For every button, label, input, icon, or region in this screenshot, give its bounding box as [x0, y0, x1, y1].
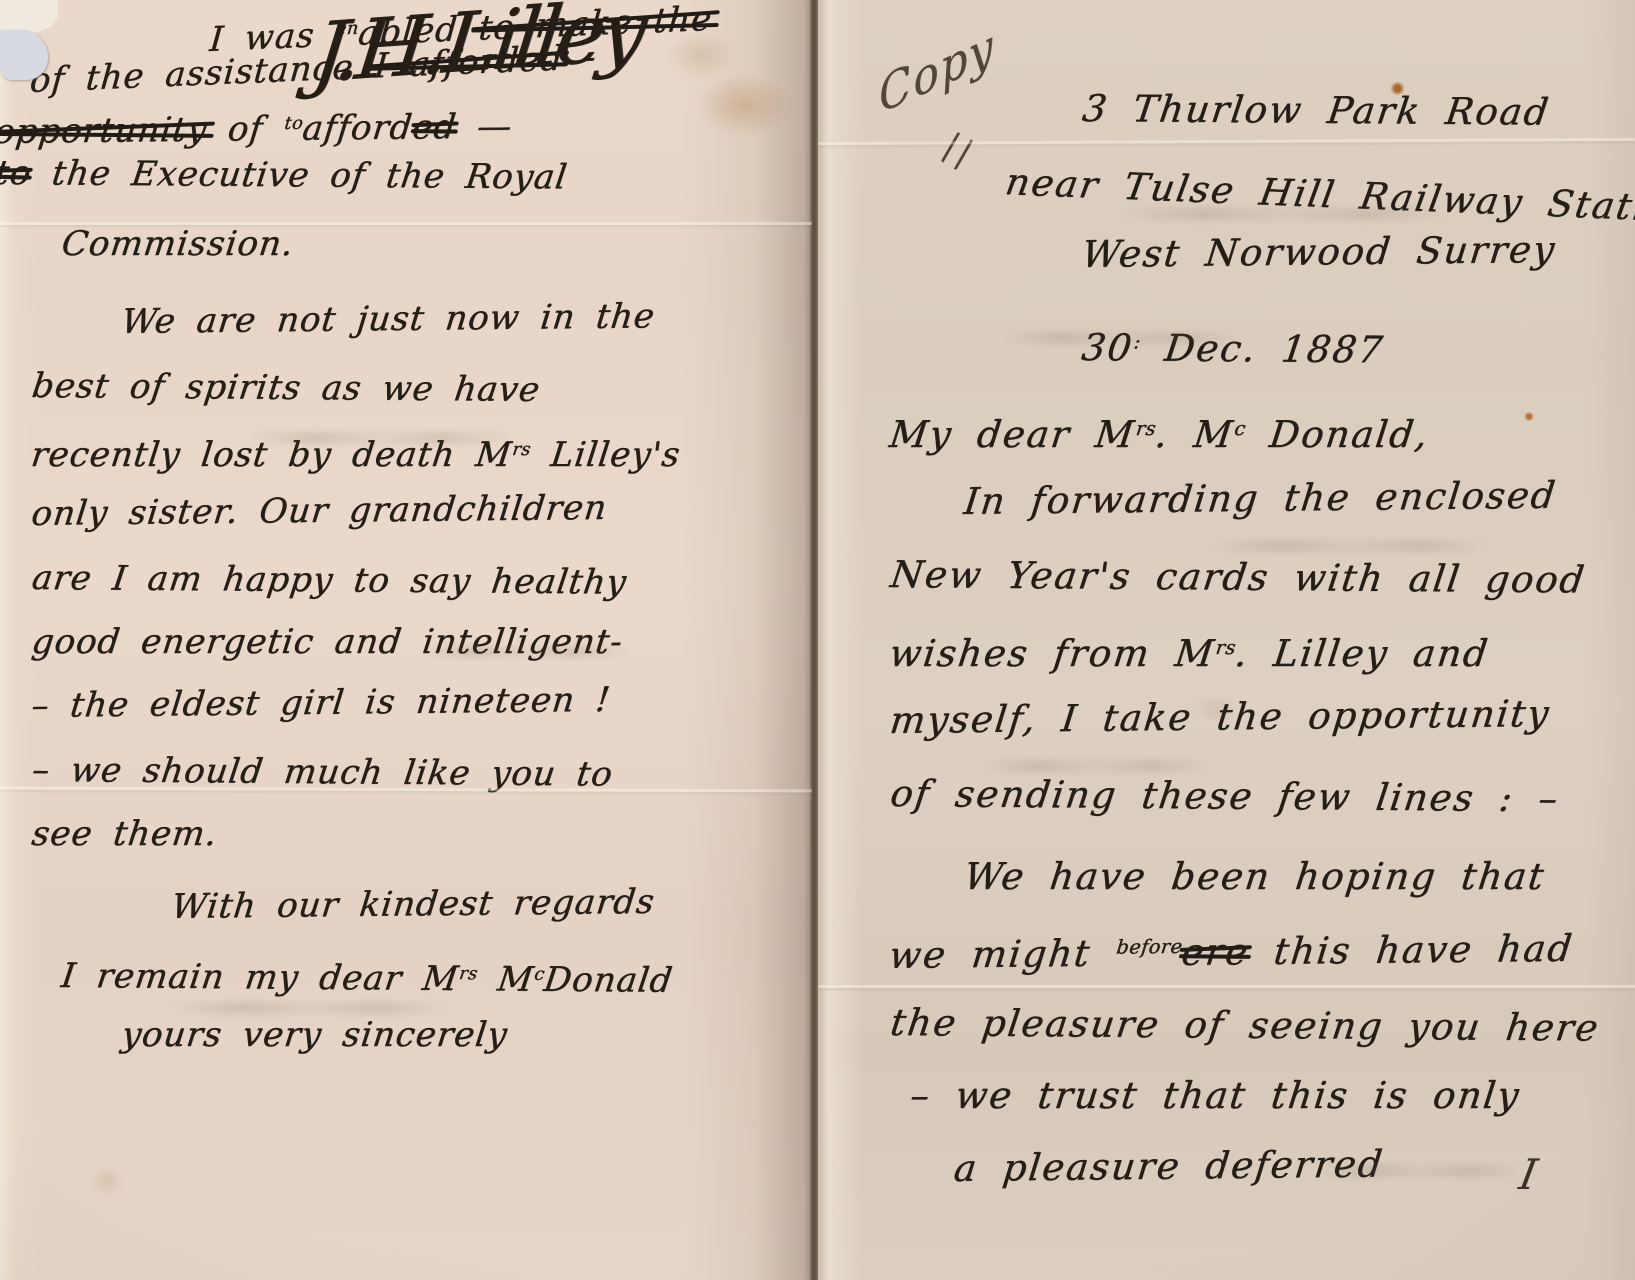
text-segment: My dear M — [887, 413, 1138, 456]
text-segment: are I am happy to say healthy — [30, 558, 630, 603]
inserted-superscript-text: rs — [458, 964, 479, 984]
handwritten-line: to the Executive of the Royal — [0, 152, 818, 204]
text-segment: recently lost by death M — [29, 435, 514, 475]
text-segment: the pleasure of seeing you here — [888, 1001, 1602, 1050]
text-segment: of sending these few lines : – — [888, 772, 1562, 820]
text-segment: New Year's cards with all good — [888, 553, 1588, 601]
handwritten-line: good energetic and intelligent- — [28, 610, 820, 674]
text-segment: West Norwood Surrey — [1080, 228, 1559, 276]
text-segment: good energetic and intelligent- — [29, 622, 625, 662]
handwritten-line: We have been hoping that — [960, 840, 1635, 913]
handwritten-line: – we trust that this is only — [906, 1059, 1635, 1132]
left-page-text-block: I was enabled to make theof the assistan… — [0, 0, 812, 1067]
handwritten-line: Commission. — [58, 212, 820, 276]
inserted-superscript-text: rs — [1135, 417, 1158, 440]
handwritten-line: I remain my dear Mrs McDonald — [58, 939, 820, 1009]
text-segment: — — [454, 106, 514, 147]
right-page-text-block: 3 Thurlow Park Roadnear Tulse Hill Railw… — [818, 0, 1635, 1205]
text-segment: We are not just now in the — [119, 296, 657, 342]
text-segment: Lilley's — [528, 435, 683, 475]
handwritten-line: the pleasure of seeing you here — [886, 986, 1635, 1065]
text-segment: – we trust that this is only — [908, 1074, 1523, 1117]
handwritten-line: only sister. Our grandchildren — [28, 474, 819, 546]
handwritten-line: we might beforeere this have had — [886, 905, 1635, 986]
handwritten-line: New Year's cards with all good — [886, 538, 1635, 617]
handwritten-line: see them. — [28, 802, 820, 866]
handwritten-line: – we should much like you to — [28, 738, 820, 808]
text-segment: 30 — [1079, 326, 1136, 369]
handwritten-line: are I am happy to say healthy — [28, 546, 820, 616]
text-segment: Donald, — [1242, 413, 1431, 456]
text-segment: Donald — [541, 960, 675, 1001]
text-segment: best of spirits as we have — [30, 366, 543, 410]
text-segment: afford — [300, 108, 414, 149]
text-segment: this have had — [1247, 927, 1576, 973]
text-segment: With our kindest regards — [169, 882, 657, 927]
struck-text: opportunity — [0, 110, 209, 152]
handwritten-line: myself, I take the opportunity — [886, 676, 1635, 757]
text-segment: Dec. 1887 — [1137, 326, 1386, 371]
text-segment: yours very sincerely — [119, 1015, 509, 1055]
text-segment: 3 Thurlow Park Road — [1080, 87, 1553, 134]
handwritten-line: opportunity of toafforded — — [0, 97, 817, 152]
handwritten-line: In forwarding the enclosed — [960, 458, 1635, 538]
text-segment: the Executive of the Royal — [29, 153, 570, 197]
text-segment: – we should much like you to — [30, 750, 616, 795]
text-segment: see them. — [29, 814, 219, 854]
handwritten-line: West Norwood Surrey — [1078, 212, 1635, 291]
handwritten-line: 30: Dec. 1887 — [1078, 305, 1635, 382]
text-segment: myself, I take the opportunity — [888, 692, 1553, 742]
text-segment: In forwarding the enclosed — [962, 474, 1559, 523]
handwritten-line: With our kindest regards — [168, 868, 819, 939]
handwritten-line: of sending these few lines : – — [886, 757, 1635, 836]
handwritten-line: wishes from Mrs. Lilley and — [886, 611, 1635, 684]
text-segment: only sister. Our grandchildren — [29, 488, 609, 534]
inserted-superscript-text: before — [1115, 935, 1184, 959]
handwritten-line: My dear Mrs. Mc Donald, — [886, 392, 1635, 465]
inserted-superscript-text: rs — [511, 440, 532, 460]
handwritten-line: best of spirits as we have — [28, 354, 820, 424]
text-segment: I remain my dear M — [59, 956, 461, 999]
text-segment: wishes from M — [887, 632, 1218, 675]
letter-page-left: I was enabled to make theof the assistan… — [0, 0, 812, 1280]
letter-page-right: Copy 3 Thurlow Park Roadnear Tulse Hill … — [818, 0, 1635, 1280]
text-segment: M — [474, 959, 536, 999]
handwritten-line: – the eldest girl is nineteen ! — [28, 666, 819, 738]
text-segment: – the eldest girl is nineteen ! — [29, 680, 612, 726]
letter-photograph: I was enabled to make theof the assistan… — [0, 0, 1635, 1280]
handwritten-line: recently lost by death Mrs Lilley's — [28, 418, 820, 482]
text-segment: . Lilley and — [1233, 632, 1492, 675]
handwritten-line: We are not just now in the — [118, 283, 819, 354]
struck-text: ed — [410, 107, 458, 148]
handwritten-line: yours very sincerely — [118, 1003, 820, 1067]
text-segment: of — [205, 109, 286, 150]
text-segment: Commission. — [59, 224, 296, 264]
struck-text: ere — [1179, 930, 1251, 974]
handwritten-line: 3 Thurlow Park Road — [1078, 72, 1635, 149]
text-segment: . M — [1153, 413, 1237, 456]
text-segment: a pleasure deferred — [952, 1142, 1386, 1190]
text-segment: we might — [887, 931, 1118, 976]
text-segment: We have been hoping that — [962, 855, 1548, 898]
